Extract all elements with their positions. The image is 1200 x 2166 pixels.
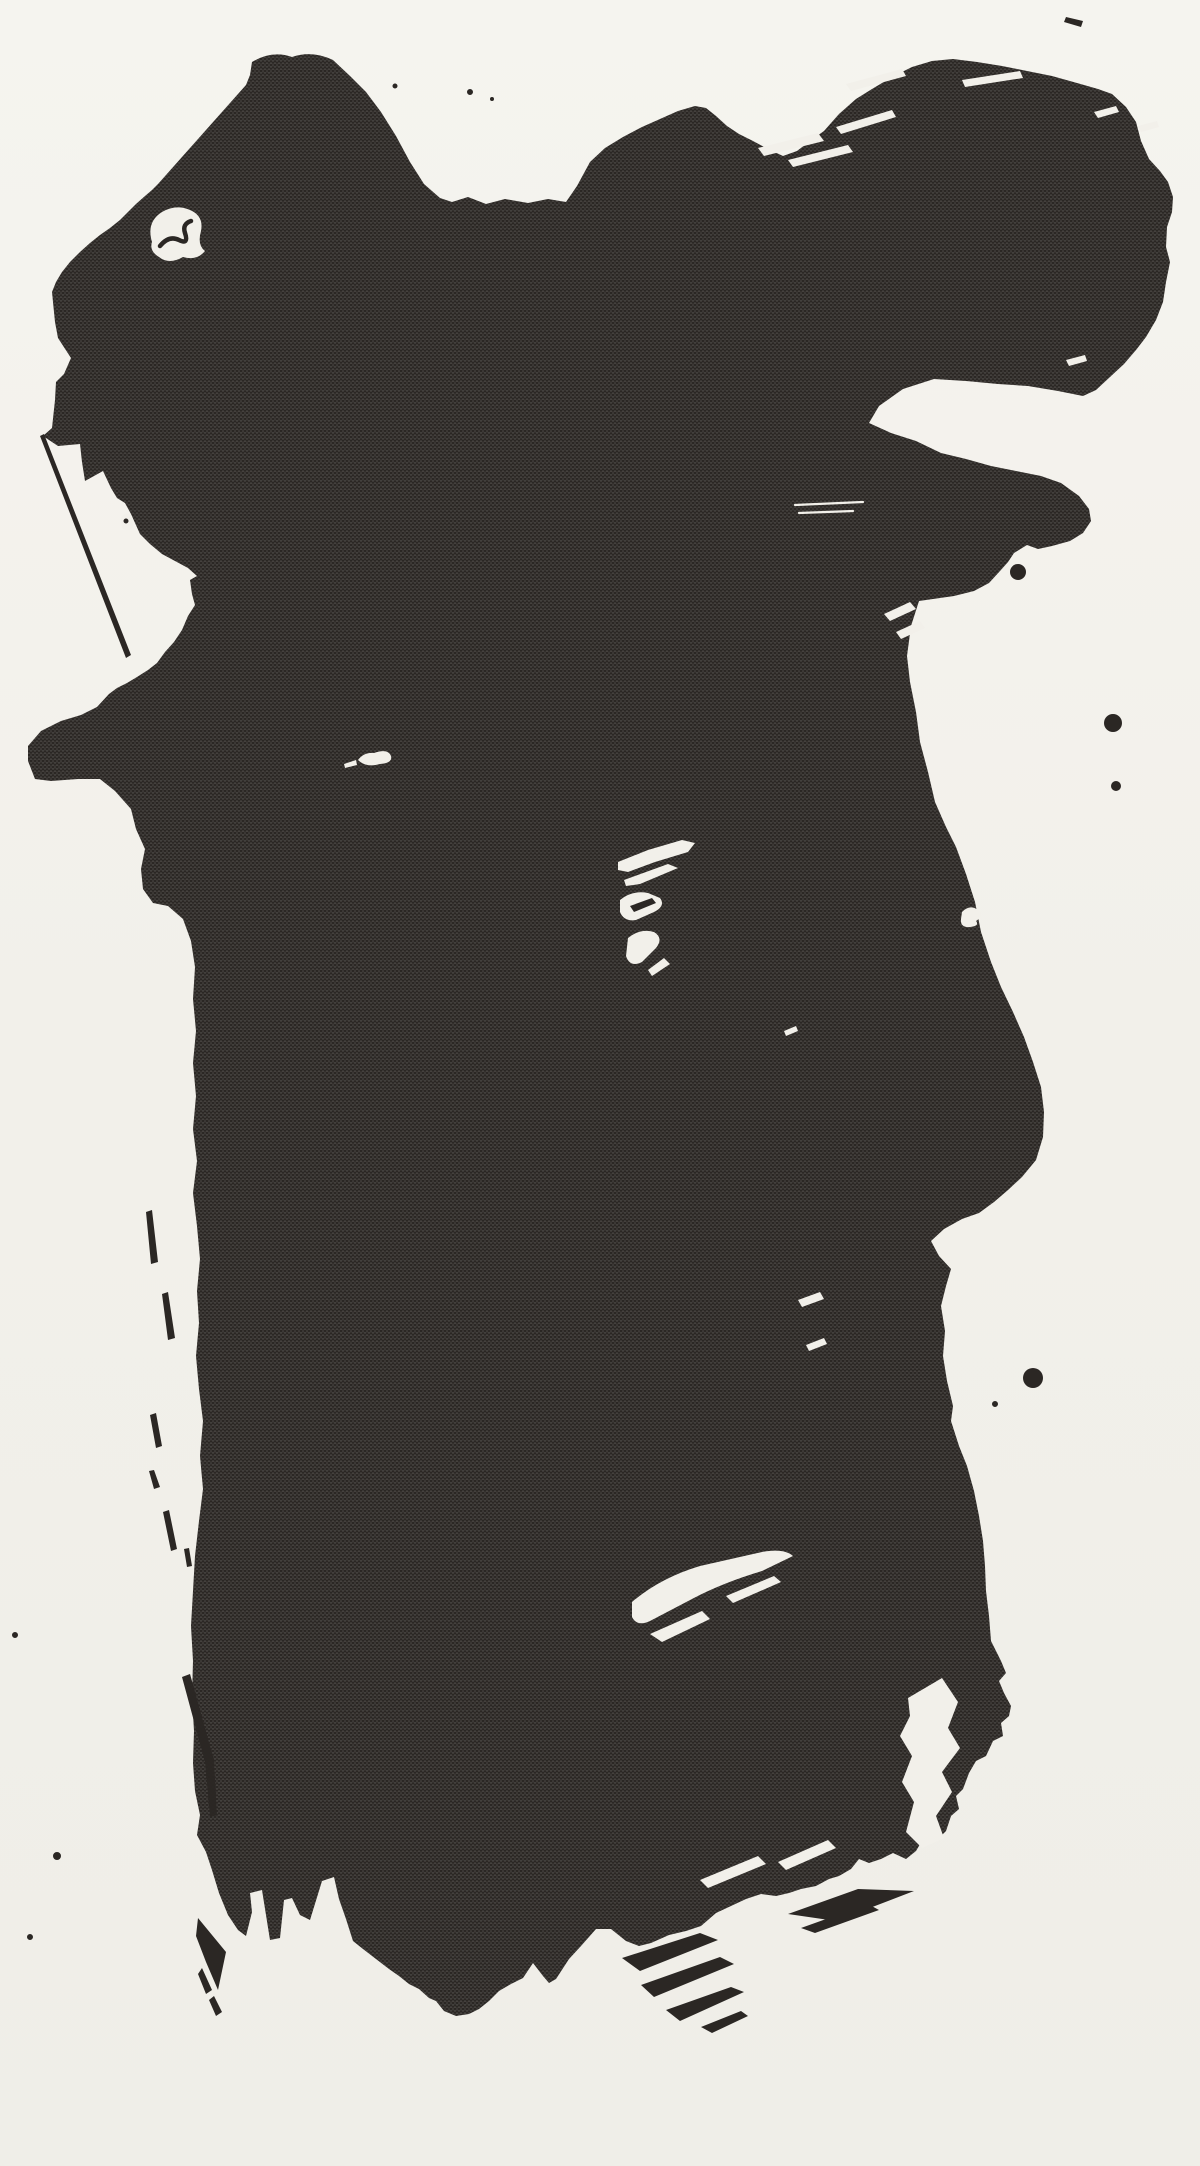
artwork-canvas: [0, 0, 1200, 2166]
scanned-artwork-page: [0, 0, 1200, 2166]
